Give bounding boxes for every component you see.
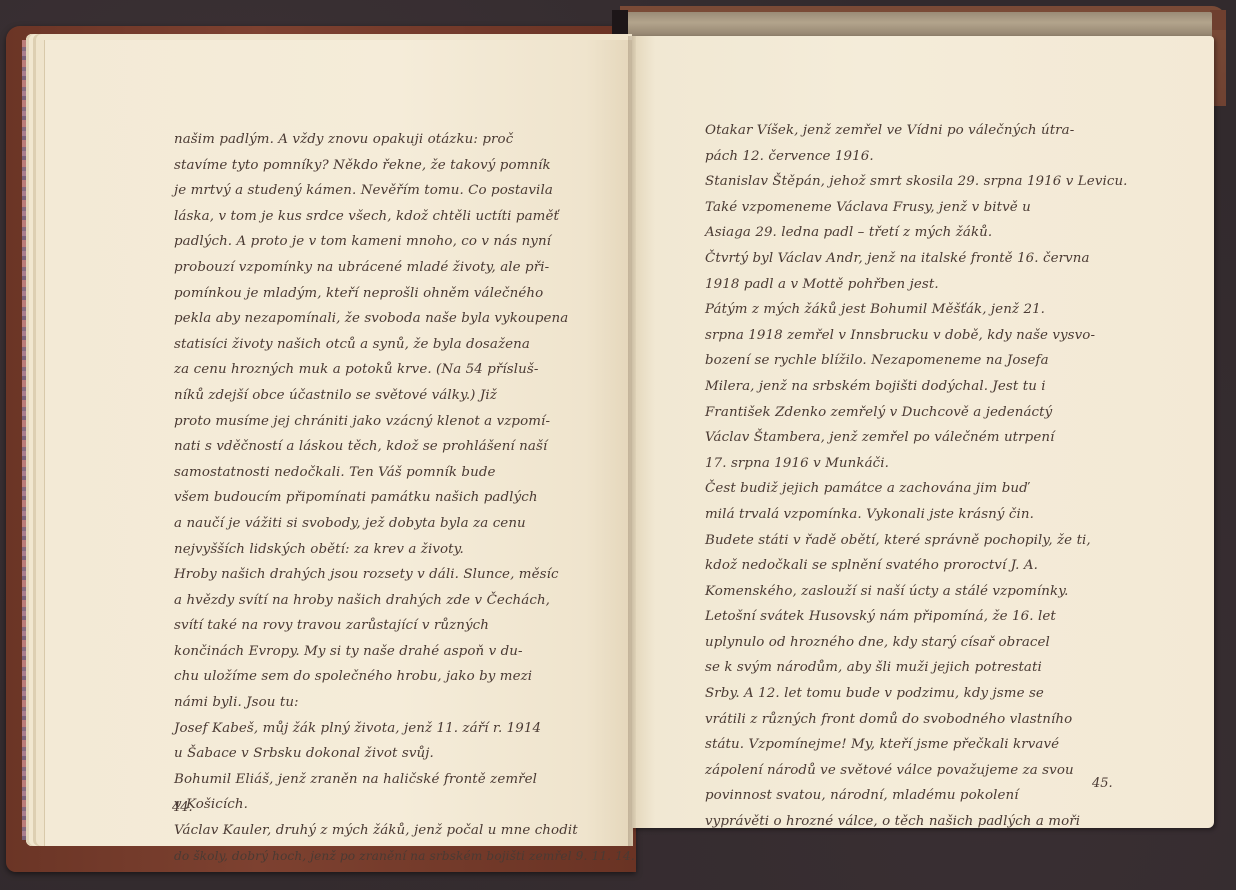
text-line: chu uložíme sem do společného hrobu, jak… xyxy=(174,664,594,690)
text-line: Srby. A 12. let tomu bude v podzimu, kdy… xyxy=(705,681,1145,707)
text-line: našim padlým. A vždy znovu opakuji otázk… xyxy=(174,127,594,153)
page-number-right: 45. xyxy=(1092,776,1113,791)
page-number-left: 44. xyxy=(172,800,193,815)
text-line: Milera, jenž na srbském bojišti dodýchal… xyxy=(705,374,1145,400)
text-line: končinách Evropy. My si ty naše drahé as… xyxy=(174,639,594,665)
text-line: nati s vděčností a láskou těch, kdož se … xyxy=(174,434,594,460)
book-photo-scene: našim padlým. A vždy znovu opakuji otázk… xyxy=(0,0,1236,890)
text-line: je mrtvý a studený kámen. Nevěřím tomu. … xyxy=(174,178,594,204)
text-line: samostatnosti nedočkali. Ten Váš pomník … xyxy=(174,460,594,486)
text-line: nejvyšších lidských obětí: za krev a živ… xyxy=(174,537,594,563)
right-page-block-top-edge xyxy=(626,12,1212,38)
text-line: pomínkou je mladým, kteří neprošli ohněm… xyxy=(174,281,594,307)
text-line: Josef Kabeš, můj žák plný života, jenž 1… xyxy=(174,716,594,742)
text-line: statisíci životy našich otců a synů, že … xyxy=(174,332,594,358)
right-cover-corner xyxy=(1210,10,1226,30)
text-line: Václav Kauler, druhý z mých žáků, jenž p… xyxy=(174,818,594,844)
text-line: uplynulo od hrozného dne, kdy starý císa… xyxy=(705,630,1145,656)
right-page-text: Otakar Víšek, jenž zemřel ve Vídni po vá… xyxy=(705,118,1145,835)
text-line: pách 12. července 1916. xyxy=(705,144,1145,170)
text-line: Stanislav Štěpán, jehož smrt skosila 29.… xyxy=(705,169,1145,195)
text-line: Čtvrtý byl Václav Andr, jenž na italské … xyxy=(705,246,1145,272)
text-line: vyprávěti o hrozné válce, o těch našich … xyxy=(705,809,1145,835)
gutter-shadow xyxy=(628,36,636,846)
text-line: a hvězdy svítí na hroby našich drahých z… xyxy=(174,588,594,614)
text-line: bození se rychle blížilo. Nezapomeneme n… xyxy=(705,348,1145,374)
text-line: do školy, dobrý hoch, jenž po zranění na… xyxy=(174,844,594,870)
text-line: srpna 1918 zemřel v Innsbrucku v době, k… xyxy=(705,323,1145,349)
text-line: a naučí je vážiti si svobody, jež dobyta… xyxy=(174,511,594,537)
text-line: 17. srpna 1916 v Munkáči. xyxy=(705,451,1145,477)
text-line: Letošní svátek Husovský nám připomíná, ž… xyxy=(705,604,1145,630)
text-line: níků zdejší obce účastnilo se světové vá… xyxy=(174,383,594,409)
text-line: Otakar Víšek, jenž zemřel ve Vídni po vá… xyxy=(705,118,1145,144)
text-line: Budete státi v řadě obětí, které správně… xyxy=(705,528,1145,554)
text-line: se k svým národům, aby šli muži jejich p… xyxy=(705,655,1145,681)
text-line: láska, v tom je kus srdce všech, kdož ch… xyxy=(174,204,594,230)
text-line: Václav Štambera, jenž zemřel po válečném… xyxy=(705,425,1145,451)
text-line: František Zdenko zemřelý v Duchcově a je… xyxy=(705,400,1145,426)
text-line: námi byli. Jsou tu: xyxy=(174,690,594,716)
text-line: stavíme tyto pomníky? Někdo řekne, že ta… xyxy=(174,153,594,179)
text-line: pekla aby nezapomínali, že svoboda naše … xyxy=(174,306,594,332)
text-line: Asiaga 29. ledna padl – třetí z mých žák… xyxy=(705,220,1145,246)
text-line: vrátili z různých front domů do svobodné… xyxy=(705,707,1145,733)
text-line: v Košicích. xyxy=(174,792,594,818)
text-line: za cenu hrozných muk a potoků krve. (Na … xyxy=(174,357,594,383)
text-line: proto musíme jej chrániti jako vzácný kl… xyxy=(174,409,594,435)
text-line: u Šabace v Srbsku dokonal život svůj. xyxy=(174,741,594,767)
text-line: Hroby našich drahých jsou rozsety v dáli… xyxy=(174,562,594,588)
text-line: padlých. A proto je v tom kameni mnoho, … xyxy=(174,229,594,255)
text-line: Bohumil Eliáš, jenž zraněn na haličské f… xyxy=(174,767,594,793)
text-line: Pátým z mých žáků jest Bohumil Měšťák, j… xyxy=(705,297,1145,323)
text-line: 1918 padl a v Mottě pohřben jest. xyxy=(705,272,1145,298)
left-page-text: našim padlým. A vždy znovu opakuji otázk… xyxy=(174,127,594,869)
text-line: státu. Vzpomínejme! My, kteří jsme přečk… xyxy=(705,732,1145,758)
text-line: probouzí vzpomínky na ubrácené mladé živ… xyxy=(174,255,594,281)
text-line: svítí také na rovy travou zarůstající v … xyxy=(174,613,594,639)
text-line: povinnost svatou, národní, mladému pokol… xyxy=(705,783,1145,809)
text-line: Komenského, zaslouží si naší úcty a stál… xyxy=(705,579,1145,605)
text-line: všem budoucím připomínati památku našich… xyxy=(174,485,594,511)
text-line: milá trvalá vzpomínka. Vykonali jste krá… xyxy=(705,502,1145,528)
text-line: Čest budiž jejich památce a zachována ji… xyxy=(705,476,1145,502)
text-line: Také vzpomeneme Václava Frusy, jenž v bi… xyxy=(705,195,1145,221)
text-line: kdož nedočkali se splnění svatého proroc… xyxy=(705,553,1145,579)
text-line: zápolení národů ve světové válce považuj… xyxy=(705,758,1145,784)
